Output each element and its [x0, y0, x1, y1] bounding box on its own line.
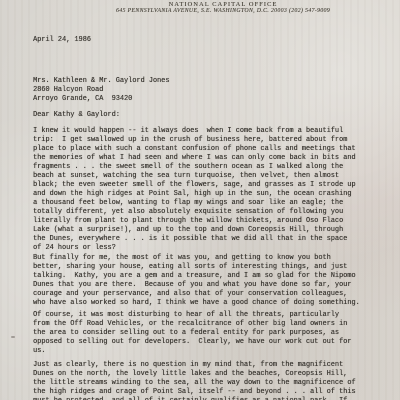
letterhead-office-name: NATIONAL CAPITAL OFFICE — [46, 1, 400, 8]
recipient-address-block: Mrs. Kathleen & Mr. Gaylord Jones 2860 H… — [33, 77, 169, 104]
scan-speck-artifact — [11, 336, 15, 338]
letterhead-address: 645 PENNSYLVANIA AVENUE, S.E. WASHINGTON… — [46, 8, 400, 15]
body-paragraph-protection: Just as clearly, there is no question in… — [33, 361, 356, 400]
date-line: April 24, 1986 — [33, 36, 91, 45]
scanned-letter-page: NATIONAL CAPITAL OFFICE 645 PENNSYLVANIA… — [0, 0, 400, 400]
letterhead: NATIONAL CAPITAL OFFICE 645 PENNSYLVANIA… — [46, 1, 400, 15]
body-paragraph-trip-memories: I knew it would happen -- it always does… — [33, 127, 356, 253]
body-paragraph-gratitude: But finally for me, the most of it was y… — [33, 254, 360, 308]
body-paragraph-threats: Of course, it was most disturbing to hea… — [33, 311, 351, 356]
salutation: Dear Kathy & Gaylord: — [33, 111, 120, 120]
